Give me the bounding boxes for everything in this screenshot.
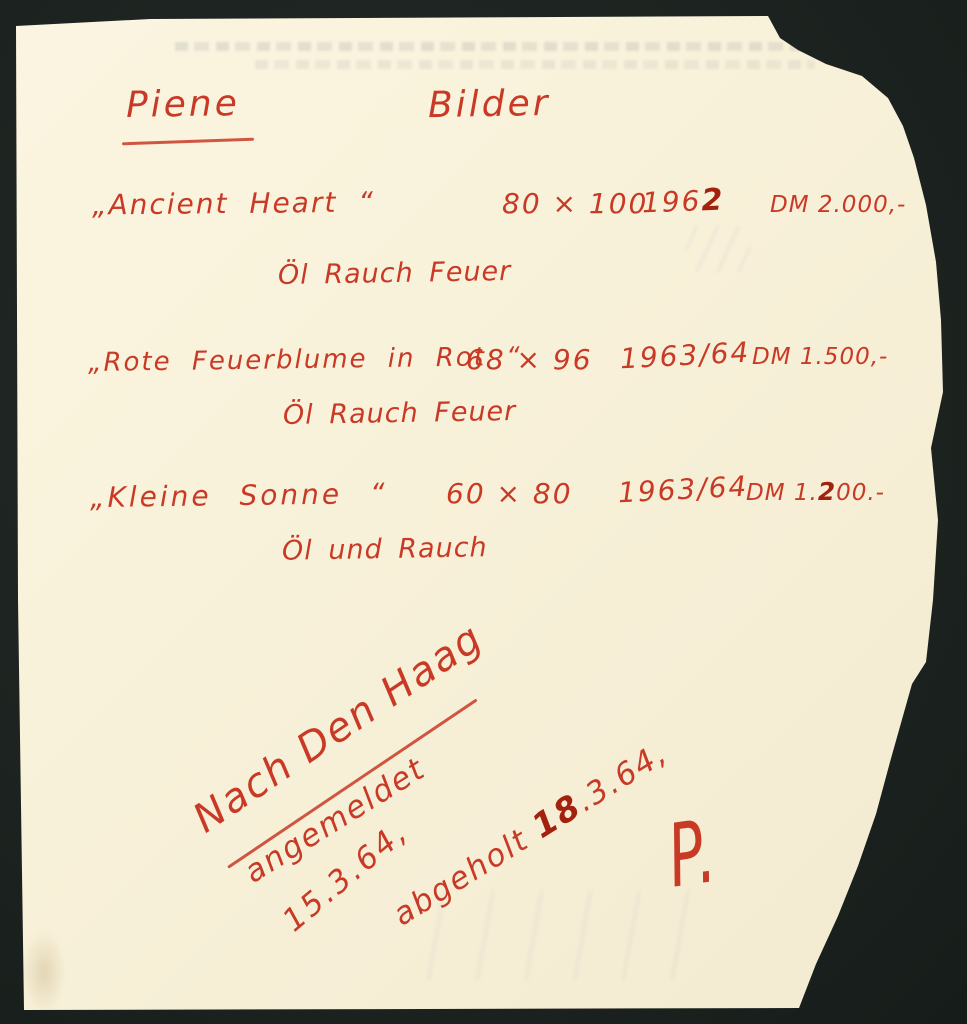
price-digits: DM 1. xyxy=(746,480,818,506)
photograph-background: { "header": { "artist": "Piene", "list_t… xyxy=(0,0,967,1024)
painting-medium: Öl Rauch Feuer xyxy=(283,396,517,431)
painting-title: „Ancient Heart “ xyxy=(92,187,375,222)
year-digits: 196 xyxy=(641,184,702,219)
painting-title: „Rote Feuerblume in Rot “ xyxy=(88,343,522,379)
pencil-smudge xyxy=(686,226,750,272)
price-digits: 00.- xyxy=(836,480,885,506)
pickup-date: .3.64, xyxy=(569,735,674,819)
list-title: Bilder xyxy=(428,83,551,127)
paper-stain xyxy=(22,930,66,1014)
artist-name-underline xyxy=(122,138,254,146)
price-corrected-digit: 2 xyxy=(818,477,836,506)
torn-paper-sheet: Piene Bilder „Ancient Heart “ 80 × 100 1… xyxy=(0,0,967,1024)
painting-dimensions: 60 × 80 xyxy=(446,478,573,510)
painting-price: DM 1.500,- xyxy=(752,344,888,370)
painting-price: DM 2.000,- xyxy=(770,192,906,218)
painting-medium: Öl und Rauch xyxy=(282,532,488,567)
painting-year: 1963/64 xyxy=(617,471,749,510)
painting-medium: Öl Rauch Feuer xyxy=(278,256,512,291)
painting-year: 1963/64 xyxy=(619,337,751,376)
year-corrected-digit: 2 xyxy=(701,183,725,219)
painting-dimensions: 80 × 100 xyxy=(502,188,648,220)
show-through-print-line xyxy=(175,42,865,51)
painting-price: DM 1.200.- xyxy=(746,478,885,507)
show-through-smudge xyxy=(420,890,700,980)
painting-title: „Kleine Sonne “ xyxy=(90,478,388,514)
show-through-print-line xyxy=(255,60,815,69)
artist-name: Piene xyxy=(126,83,241,126)
painting-year: 1962 xyxy=(641,184,725,222)
painting-dimensions: 68 × 96 xyxy=(466,344,593,376)
